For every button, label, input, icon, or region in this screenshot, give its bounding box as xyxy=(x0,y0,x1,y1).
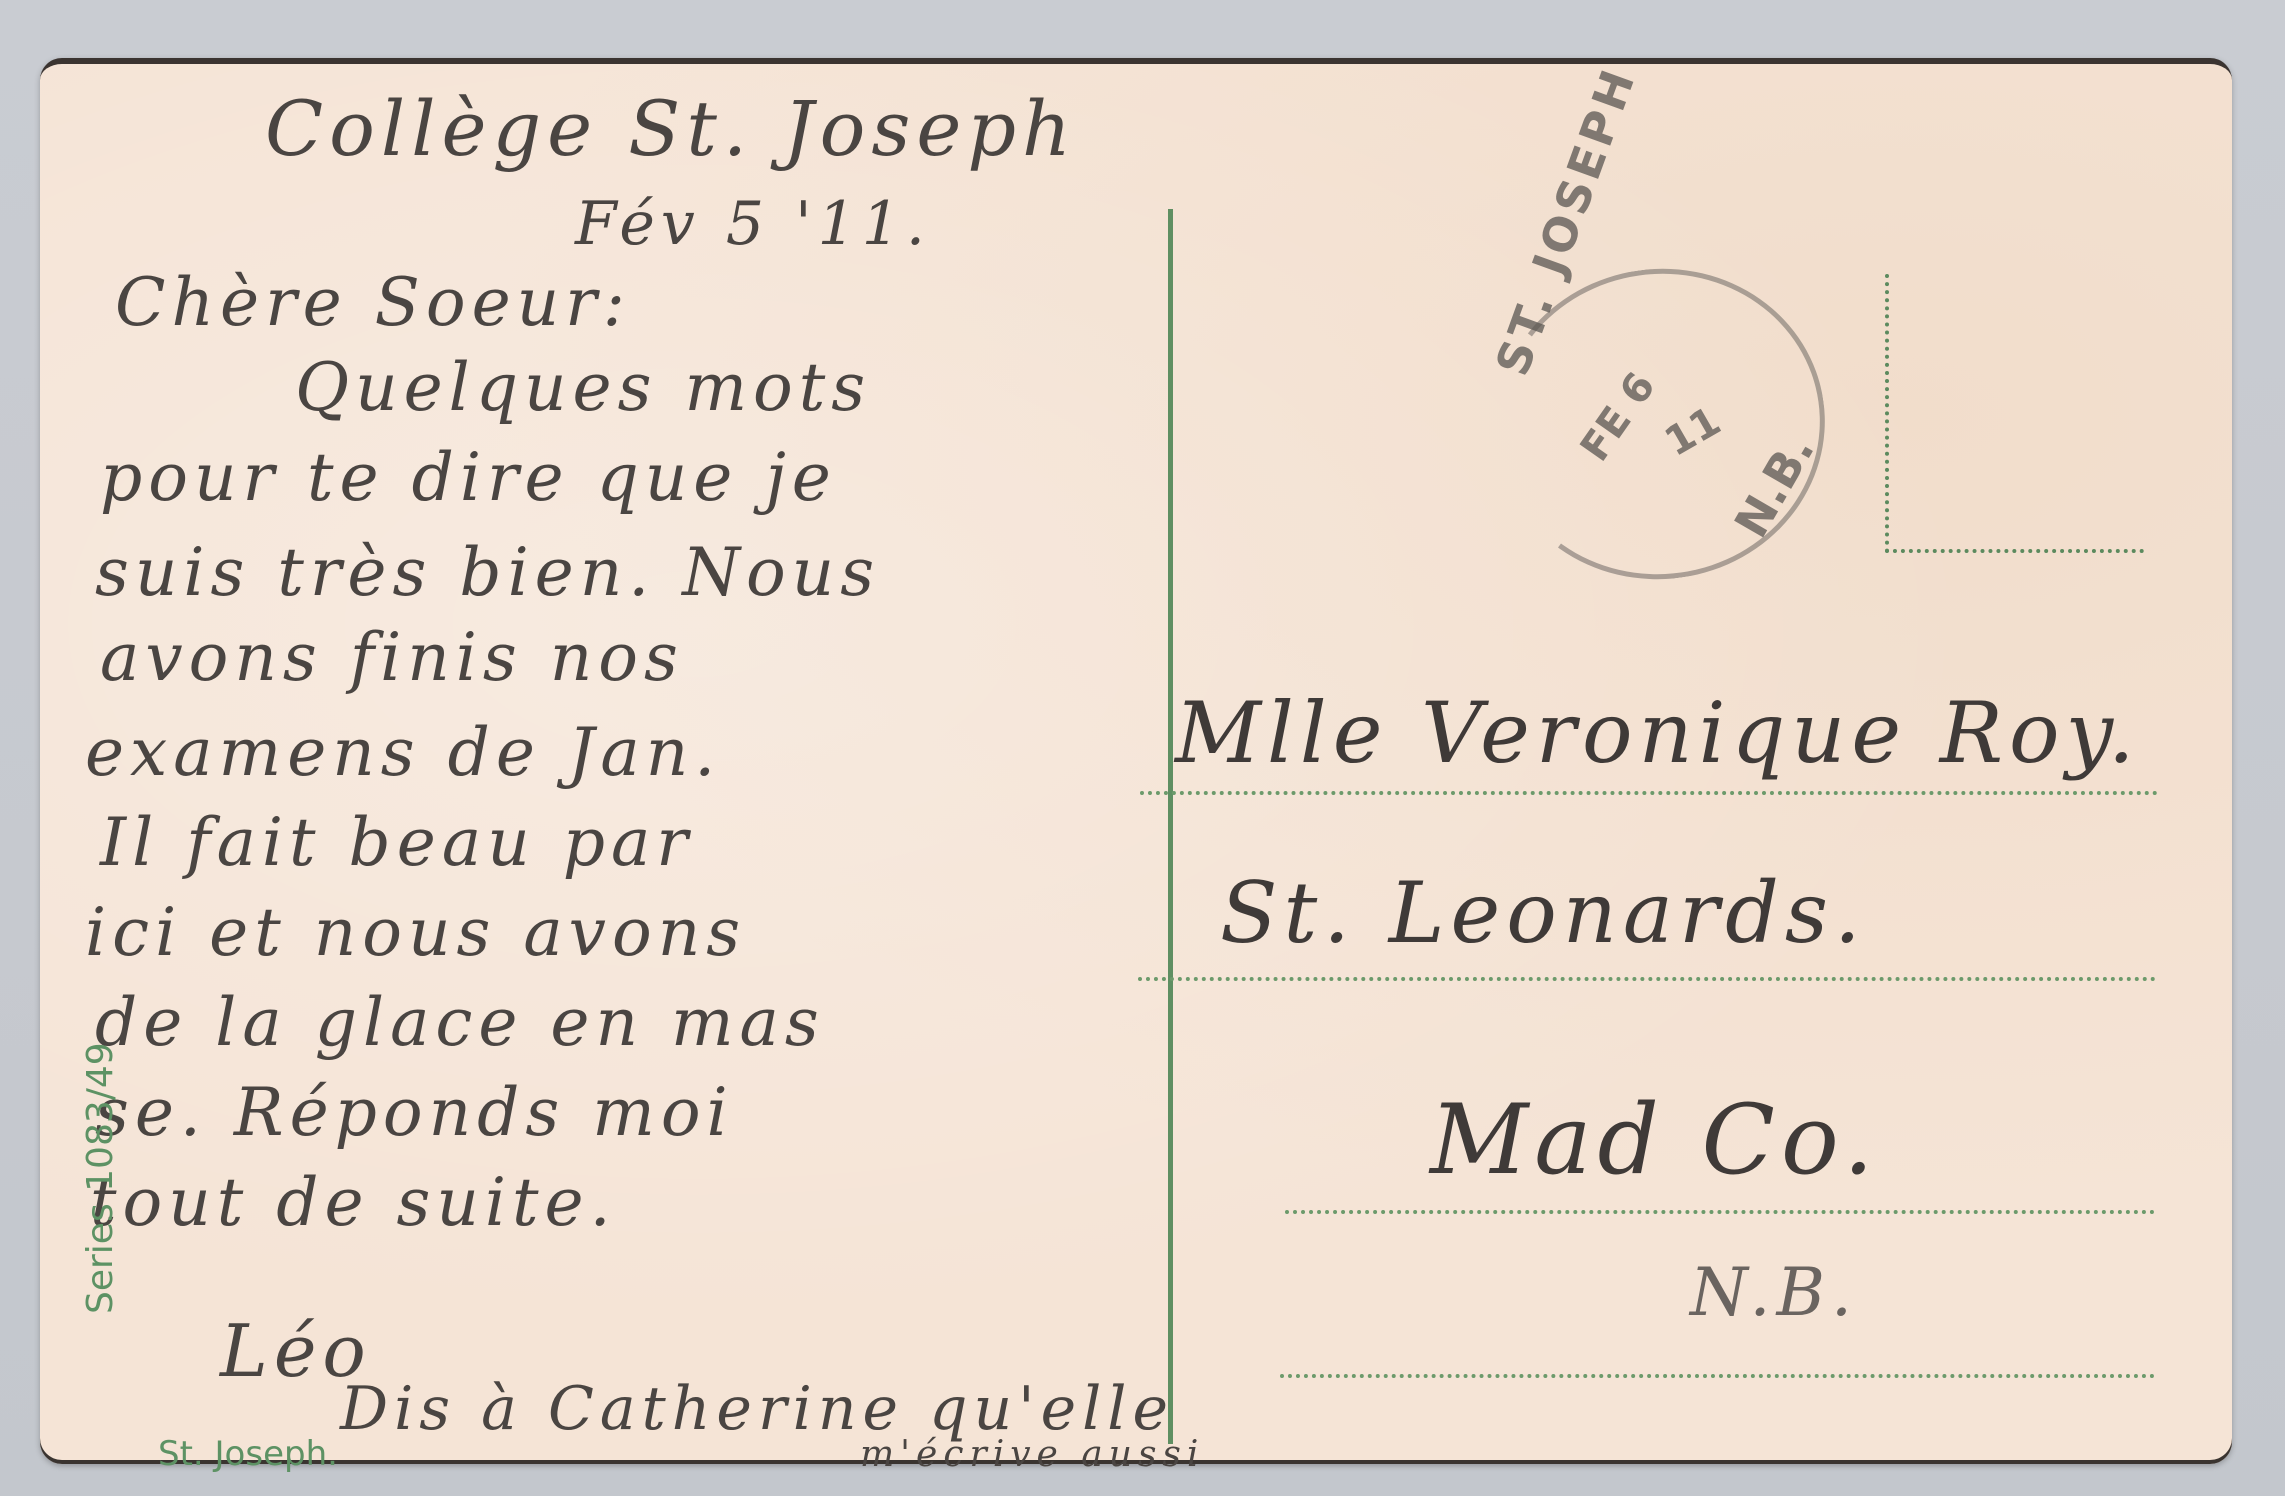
address-line-province: N.B. xyxy=(1690,1254,1858,1331)
message-line: examens de Jan. xyxy=(85,714,721,791)
address-line-recipient: Mlle Veronique Roy. xyxy=(1175,684,2141,782)
address-rule xyxy=(1285,1210,2155,1214)
message-line: avons finis nos xyxy=(100,619,684,696)
message-date: Fév 5 '11. xyxy=(575,189,931,259)
message-line: se. Réponds moi xyxy=(95,1074,734,1151)
message-line: ici et nous avons xyxy=(85,894,746,971)
message-line: de la glace en mas xyxy=(95,984,825,1061)
address-rule xyxy=(1140,791,2158,795)
address-rule xyxy=(1280,1374,2155,1378)
address-line-county: Mad Co. xyxy=(1430,1084,1880,1196)
message-line: pour te dire que je xyxy=(100,439,837,516)
postcard-back: Collège St. Joseph Fév 5 '11. Chère Soeu… xyxy=(40,58,2232,1464)
message-line: suis très bien. Nous xyxy=(95,534,880,611)
postscript-line: m'écrive aussi xyxy=(860,1434,1204,1475)
address-line-town: St. Leonards. xyxy=(1220,864,1867,962)
message-line: tout de suite. xyxy=(90,1164,617,1241)
stamp-placement-box xyxy=(1885,274,2144,553)
message-line: Quelques mots xyxy=(295,349,871,426)
message-line: Il fait beau par xyxy=(100,804,694,881)
series-number: Series 1083/49 xyxy=(80,1042,121,1314)
message-heading: Collège St. Joseph xyxy=(265,84,1077,173)
center-divider xyxy=(1168,209,1173,1444)
message-line: Chère Soeur: xyxy=(115,264,631,341)
printed-caption: St. Joseph. xyxy=(158,1434,338,1474)
address-rule xyxy=(1138,977,2156,981)
